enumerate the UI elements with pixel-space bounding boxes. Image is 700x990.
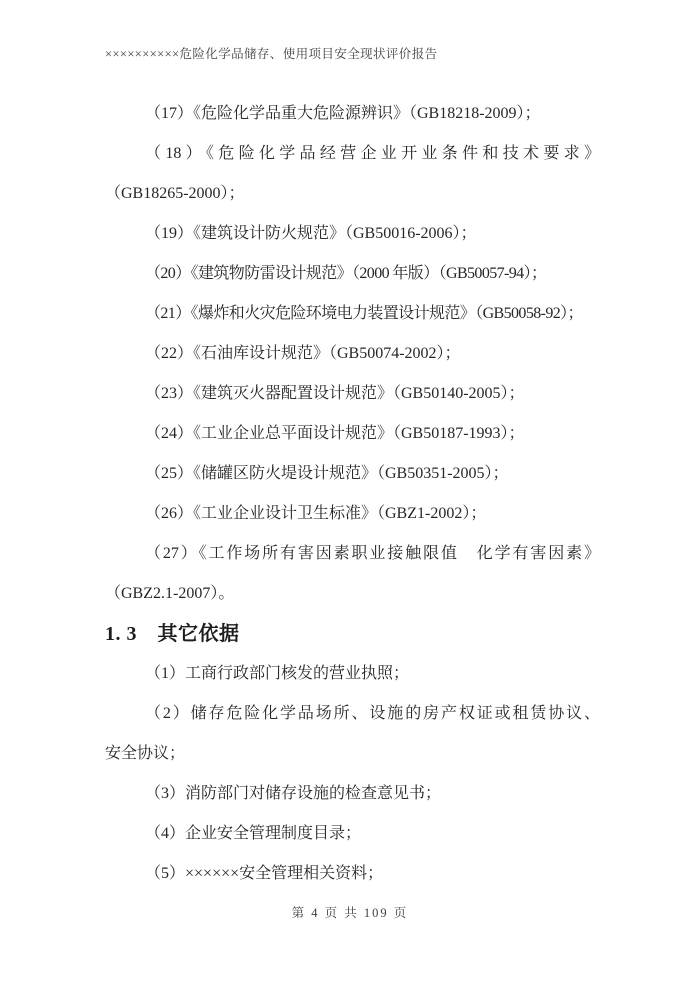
page-header-title: ××××××××××危险化学品储存、使用项目安全现状评价报告 (105, 44, 600, 64)
document-line: （17）《危险化学品重大危险源辨识》（GB18218-2009）； (105, 94, 600, 134)
document-line: （23）《建筑灭火器配置设计规范》（GB50140-2005）； (105, 374, 600, 414)
page-number-indicator: 第 4 页 共 109 页 (0, 903, 700, 923)
document-line: （24）《工业企业总平面设计规范》（GB50187-1993）； (105, 414, 600, 454)
document-line: （25）《储罐区防火堤设计规范》（GB50351-2005）； (105, 454, 600, 494)
document-body: （17）《危险化学品重大危险源辨识》（GB18218-2009）；（18）《危险… (105, 94, 600, 894)
document-line: （21）《爆炸和火灾危险环境电力装置设计规范》（GB50058-92）； (105, 294, 600, 334)
document-line: （2）储存危险化学品场所、设施的房产权证或租赁协议、 (105, 694, 600, 734)
document-line: （20）《建筑物防雷设计规范》（2000 年版）（GB50057-94）； (105, 254, 600, 294)
document-line: 安全协议； (105, 734, 600, 774)
document-line: （GB18265-2000）； (105, 174, 600, 214)
document-line: （GBZ2.1-2007）。 (105, 574, 600, 614)
document-line: （5）××××××安全管理相关资料； (105, 854, 600, 894)
document-page: ××××××××××危险化学品储存、使用项目安全现状评价报告 （17）《危险化学… (0, 0, 700, 990)
document-line: （1）工商行政部门核发的营业执照； (105, 654, 600, 694)
document-line: （22）《石油库设计规范》（GB50074-2002）； (105, 334, 600, 374)
document-line: （27）《工作场所有害因素职业接触限值 化学有害因素》 (105, 534, 600, 574)
document-line: （19）《建筑设计防火规范》（GB50016-2006）； (105, 214, 600, 254)
document-line: （18）《危险化学品经营企业开业条件和技术要求》 (105, 134, 600, 174)
section-heading: 1. 3 其它依据 (105, 614, 600, 654)
document-line: （4）企业安全管理制度目录； (105, 814, 600, 854)
document-line: （26）《工业企业设计卫生标准》（GBZ1-2002）； (105, 494, 600, 534)
document-line: （3）消防部门对储存设施的检查意见书； (105, 774, 600, 814)
